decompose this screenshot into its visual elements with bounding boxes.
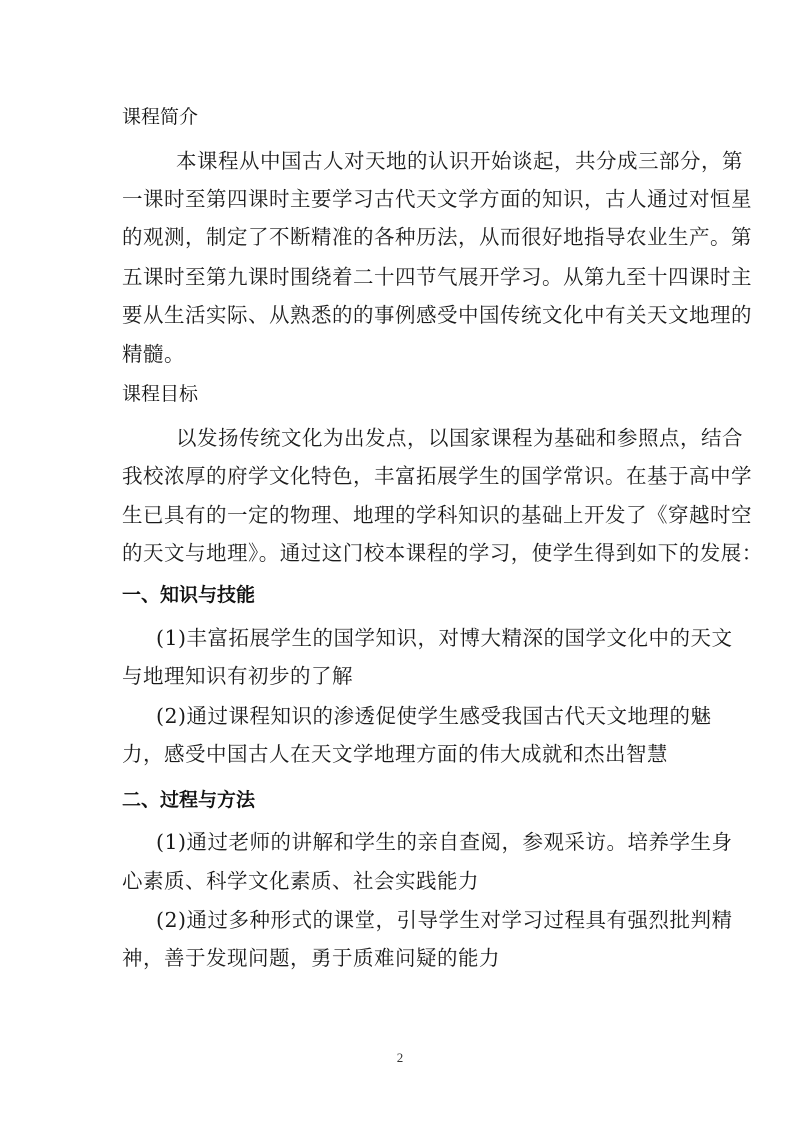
section-heading-goals: 课程目标: [122, 382, 678, 406]
section-heading-process-methods: 二、过程与方法: [122, 788, 678, 812]
paragraph-line: (1)丰富拓展学生的国学知识，对博大精深的国学文化中的天文: [156, 626, 678, 650]
section-heading-intro: 课程简介: [122, 105, 678, 129]
paragraph-line: 力，感受中国古人在天文学地理方面的伟大成就和杰出智慧: [122, 742, 678, 766]
paragraph-line: 本课程从中国古人对天地的认识开始谈起，共分成三部分，第: [176, 149, 678, 173]
paragraph-line: 我校浓厚的府学文化特色，丰富拓展学生的国学常识。在基于高中学: [122, 464, 678, 488]
paragraph-line: 生已具有的一定的物理、地理的学科知识的基础上开发了《穿越时空: [122, 503, 678, 527]
paragraph-line: 心素质、科学文化素质、社会实践能力: [122, 869, 678, 893]
paragraph-line: 的天文与地理》。通过这门校本课程的学习，使学生得到如下的发展：: [122, 541, 678, 565]
paragraph-line: 神，善于发现问题，勇于质难问疑的能力: [122, 946, 678, 970]
paragraph-line: 的观测，制定了不断精准的各种历法，从而很好地指导农业生产。第: [122, 225, 678, 249]
paragraph-line: (1)通过老师的讲解和学生的亲自查阅，参观采访。培养学生身: [156, 830, 678, 854]
paragraph-line: 精髓。: [122, 342, 678, 366]
paragraph-line: 要从生活实际、从熟悉的的事例感受中国传统文化中有关天文地理的: [122, 303, 678, 327]
paragraph-line: 一课时至第四课时主要学习古代天文学方面的知识，古人通过对恒星: [122, 187, 678, 211]
paragraph-line: (2)通过多种形式的课堂，引导学生对学习过程具有强烈批判精: [156, 908, 678, 932]
paragraph-line: 五课时至第九课时围绕着二十四节气展开学习。从第九至十四课时主: [122, 265, 678, 289]
paragraph-line: 与地理知识有初步的了解: [122, 664, 678, 688]
paragraph-line: (2)通过课程知识的渗透促使学生感受我国古代天文地理的魅: [156, 704, 678, 728]
section-heading-knowledge-skills: 一、知识与技能: [122, 583, 678, 607]
page-number: 2: [0, 1050, 800, 1066]
paragraph-line: 以发扬传统文化为出发点，以国家课程为基础和参照点，结合: [176, 426, 678, 450]
